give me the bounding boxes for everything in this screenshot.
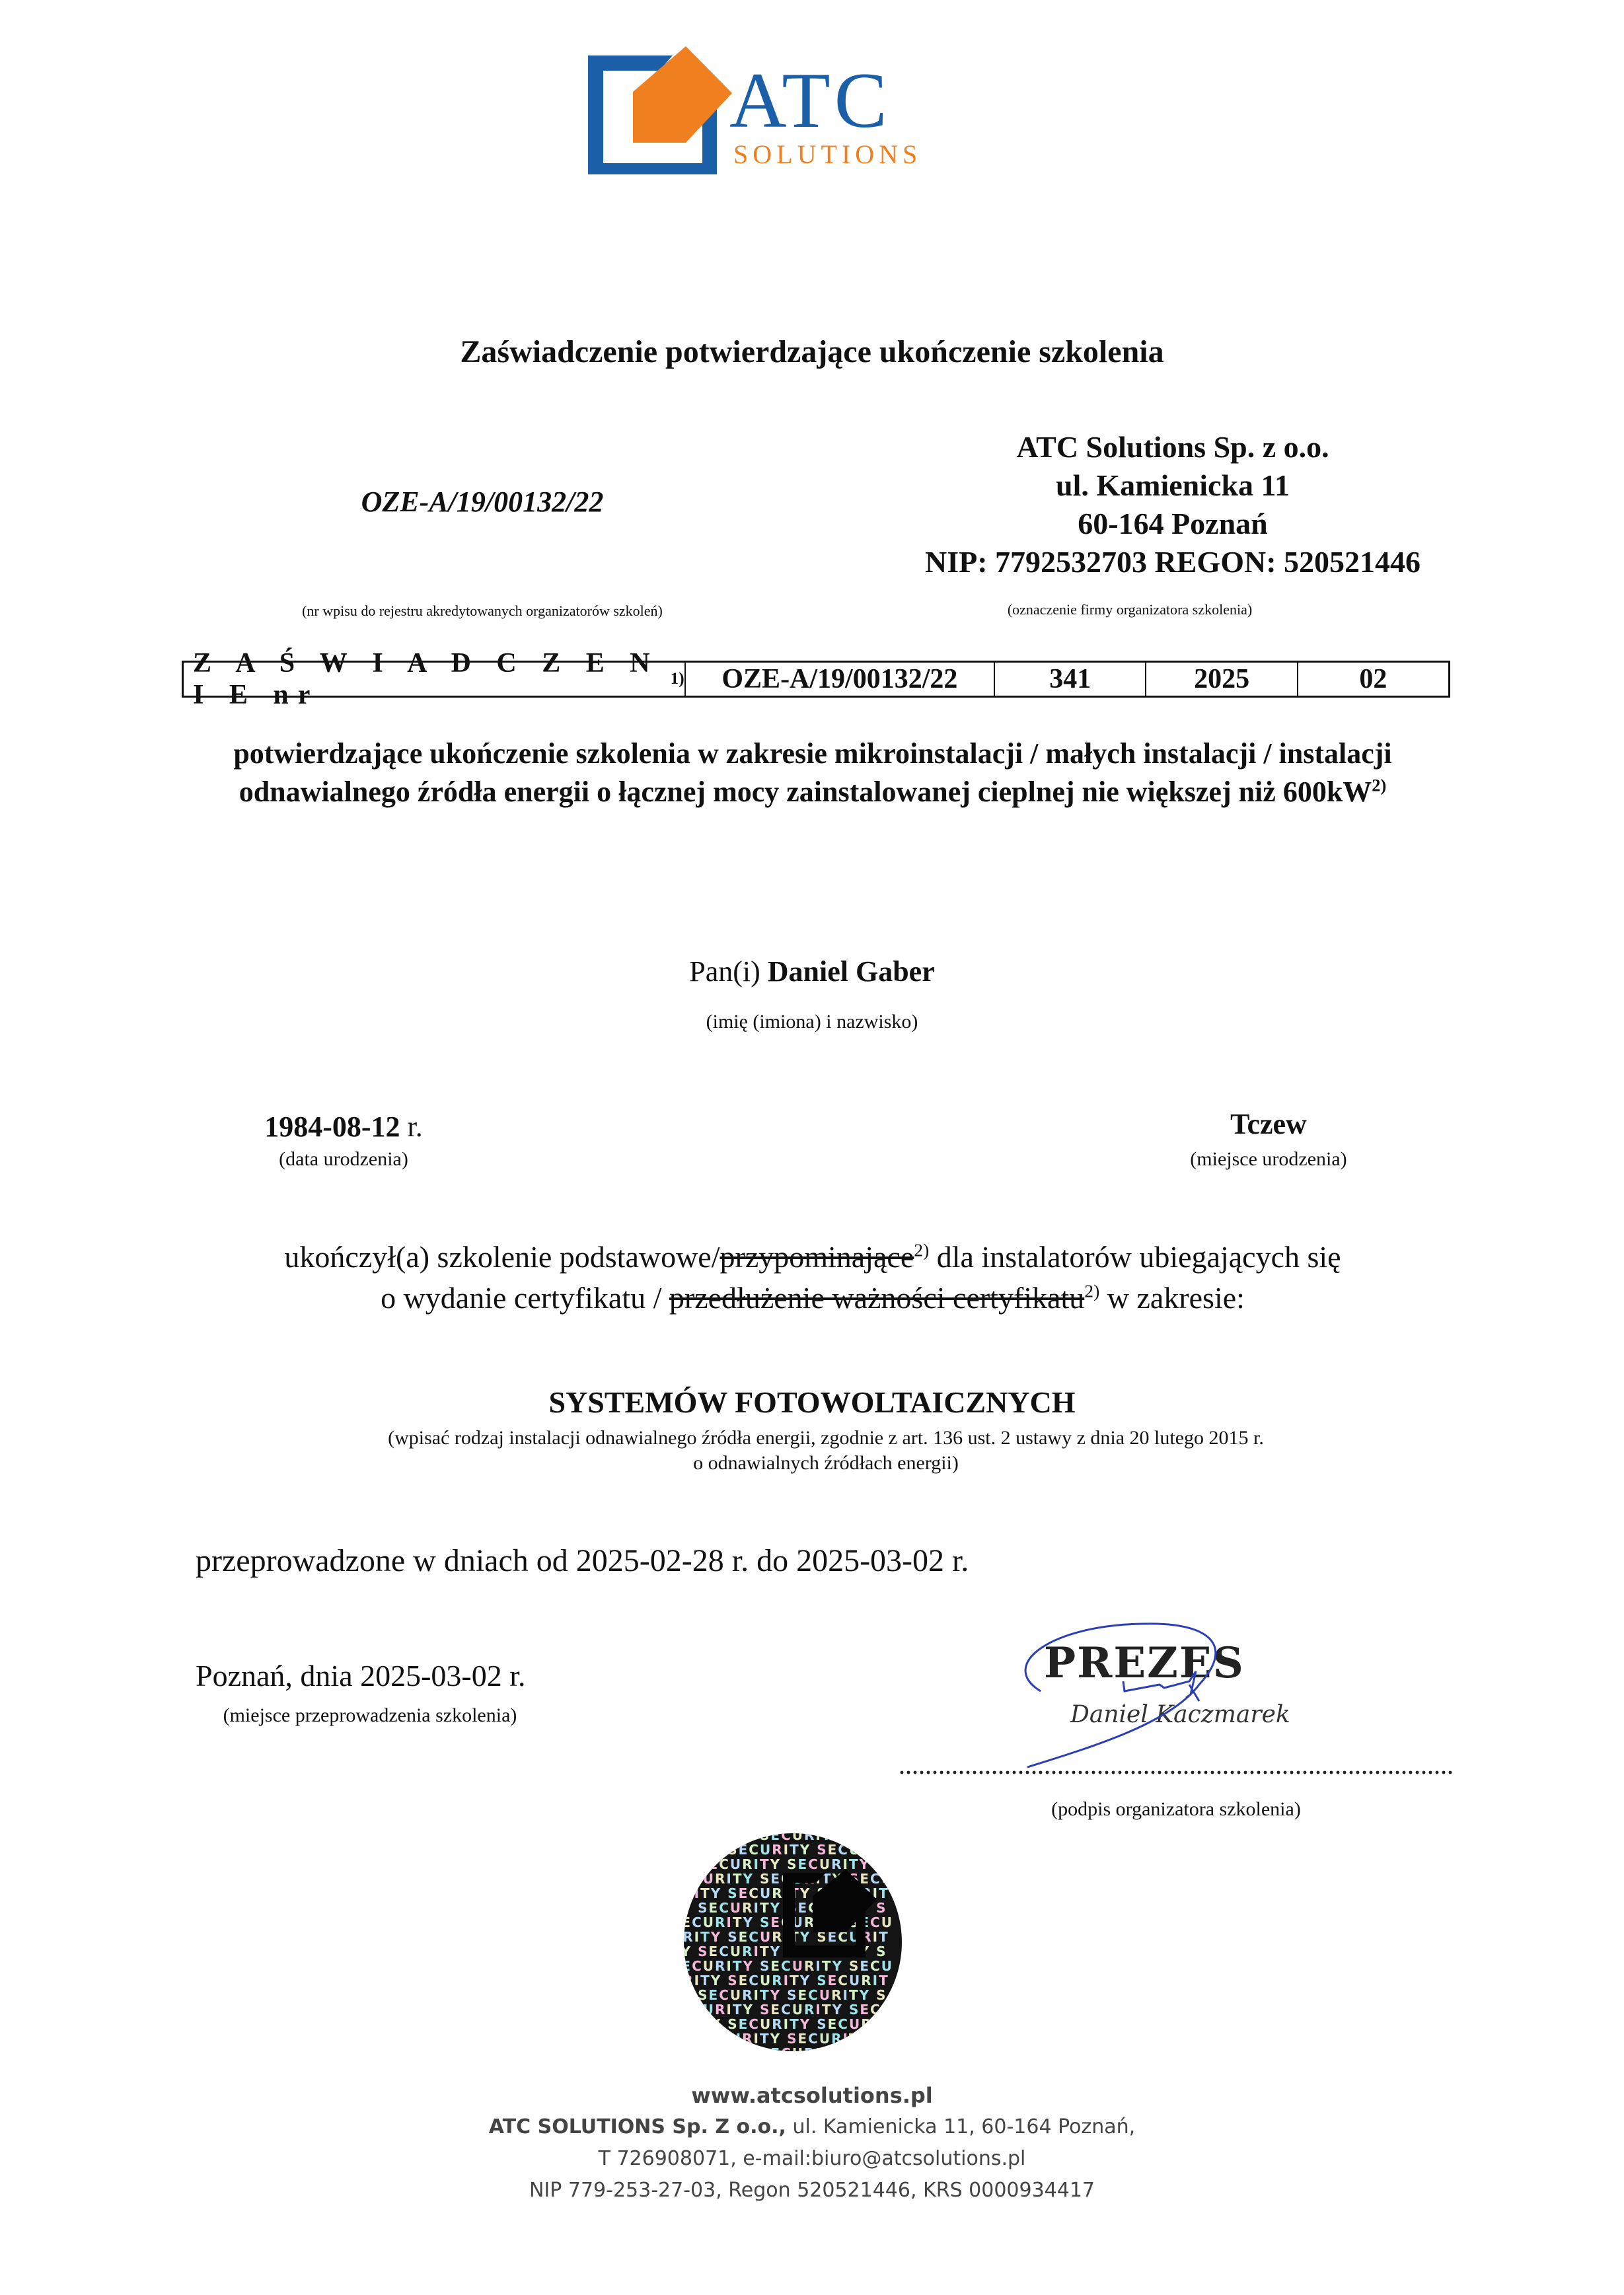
signature-stamp: PREZES Daniel Kaczmarek [991, 1619, 1361, 1777]
signature-note: (podpis organizatora szkolenia) [899, 1798, 1454, 1821]
completion-line-1: ukończył(a) szkolenie podstawowe/przypom… [198, 1237, 1427, 1278]
footer-company-line: ATC SOLUTIONS Sp. Z o.o., ul. Kamienicka… [0, 2111, 1624, 2143]
footer-ids: NIP 779-253-27-03, Regon 520521446, KRS … [0, 2175, 1624, 2206]
person-line: Pan(i) Daniel Gaber [0, 955, 1624, 988]
company-logo: ATC SOLUTIONS [580, 42, 937, 174]
hologram-atc-logo-icon [684, 1833, 902, 2051]
completion-line-2: o wydanie certyfikatu / przedłużenie waż… [198, 1278, 1427, 1319]
birth-date-line: 1984-08-12 r. [218, 1110, 469, 1144]
installation-type: SYSTEMÓW FOTOWOLTAICZNYCH [0, 1385, 1624, 1420]
birth-place-note: (miejsce urodzenia) [1123, 1148, 1414, 1171]
birth-date: 1984-08-12 [264, 1111, 400, 1143]
certificate-number-label: Z A Ś W I A D C Z E N I E nr1) [184, 663, 684, 696]
organizer-block: ATC Solutions Sp. z o.o. ul. Kamienicka … [826, 428, 1520, 581]
certificate-number-part-month: 02 [1297, 663, 1448, 696]
security-hologram: SECURITY SECURITY SECU URITY SECURITY SE… [684, 1833, 902, 2051]
certificate-number-part-sequence: 341 [994, 663, 1145, 696]
certificate-number-part-year: 2025 [1145, 663, 1296, 696]
footnote-2: 2) [1372, 775, 1386, 795]
struck-text-refresher: przypominające [720, 1240, 914, 1274]
footer-website[interactable]: www.atcsolutions.pl [0, 2080, 1624, 2111]
training-scope: potwierdzające ukończenie szkolenia w za… [198, 735, 1427, 811]
struck-text-extension: przedłużenie ważności certyfikatu [669, 1281, 1084, 1315]
organizer-name: ATC Solutions Sp. z o.o. [826, 428, 1520, 466]
handwritten-signature-icon [991, 1619, 1361, 1777]
training-dates: przeprowadzone w dniach od 2025-02-28 r.… [196, 1543, 969, 1579]
birth-date-suffix: r. [408, 1111, 423, 1143]
signature-line [899, 1770, 1454, 1774]
completion-statement: ukończył(a) szkolenie podstawowe/przypom… [198, 1237, 1427, 1319]
document-title: Zaświadczenie potwierdzające ukończenie … [0, 334, 1624, 370]
logo-solutions-text: SOLUTIONS [733, 141, 922, 168]
birth-place: Tczew [1123, 1107, 1414, 1141]
organizer-street: ul. Kamienicka 11 [826, 466, 1520, 505]
issue-place-date: Poznań, dnia 2025-03-02 r. [196, 1658, 526, 1693]
registry-note: (nr wpisu do rejestru akredytowanych org… [251, 602, 714, 620]
organizer-ids: NIP: 7792532703 REGON: 520521446 [826, 543, 1520, 581]
organizer-city: 60-164 Poznań [826, 505, 1520, 543]
certificate-number-table: Z A Ś W I A D C Z E N I E nr1) OZE-A/19/… [182, 661, 1450, 698]
organizer-note: (oznaczenie firmy organizatora szkolenia… [958, 601, 1302, 618]
person-note: (imię (imiona) i nazwisko) [0, 1011, 1624, 1033]
person-prefix: Pan(i) [689, 955, 760, 988]
logo-house-icon [580, 42, 732, 174]
person-name: Daniel Gaber [768, 955, 935, 988]
certificate-number-part-registry: OZE-A/19/00132/22 [684, 663, 994, 696]
logo-atc-text: ATC [729, 61, 891, 140]
installation-type-note: (wpisać rodzaj instalacji odnawialnego ź… [317, 1426, 1335, 1476]
footer: www.atcsolutions.pl ATC SOLUTIONS Sp. Z … [0, 2080, 1624, 2206]
birth-date-note: (data urodzenia) [218, 1148, 469, 1171]
footer-contact: T 726908071, e-mail:biuro@atcsolutions.p… [0, 2143, 1624, 2175]
issue-place-note: (miejsce przeprowadzenia szkolenia) [198, 1704, 542, 1727]
registry-number: OZE-A/19/00132/22 [251, 485, 714, 519]
